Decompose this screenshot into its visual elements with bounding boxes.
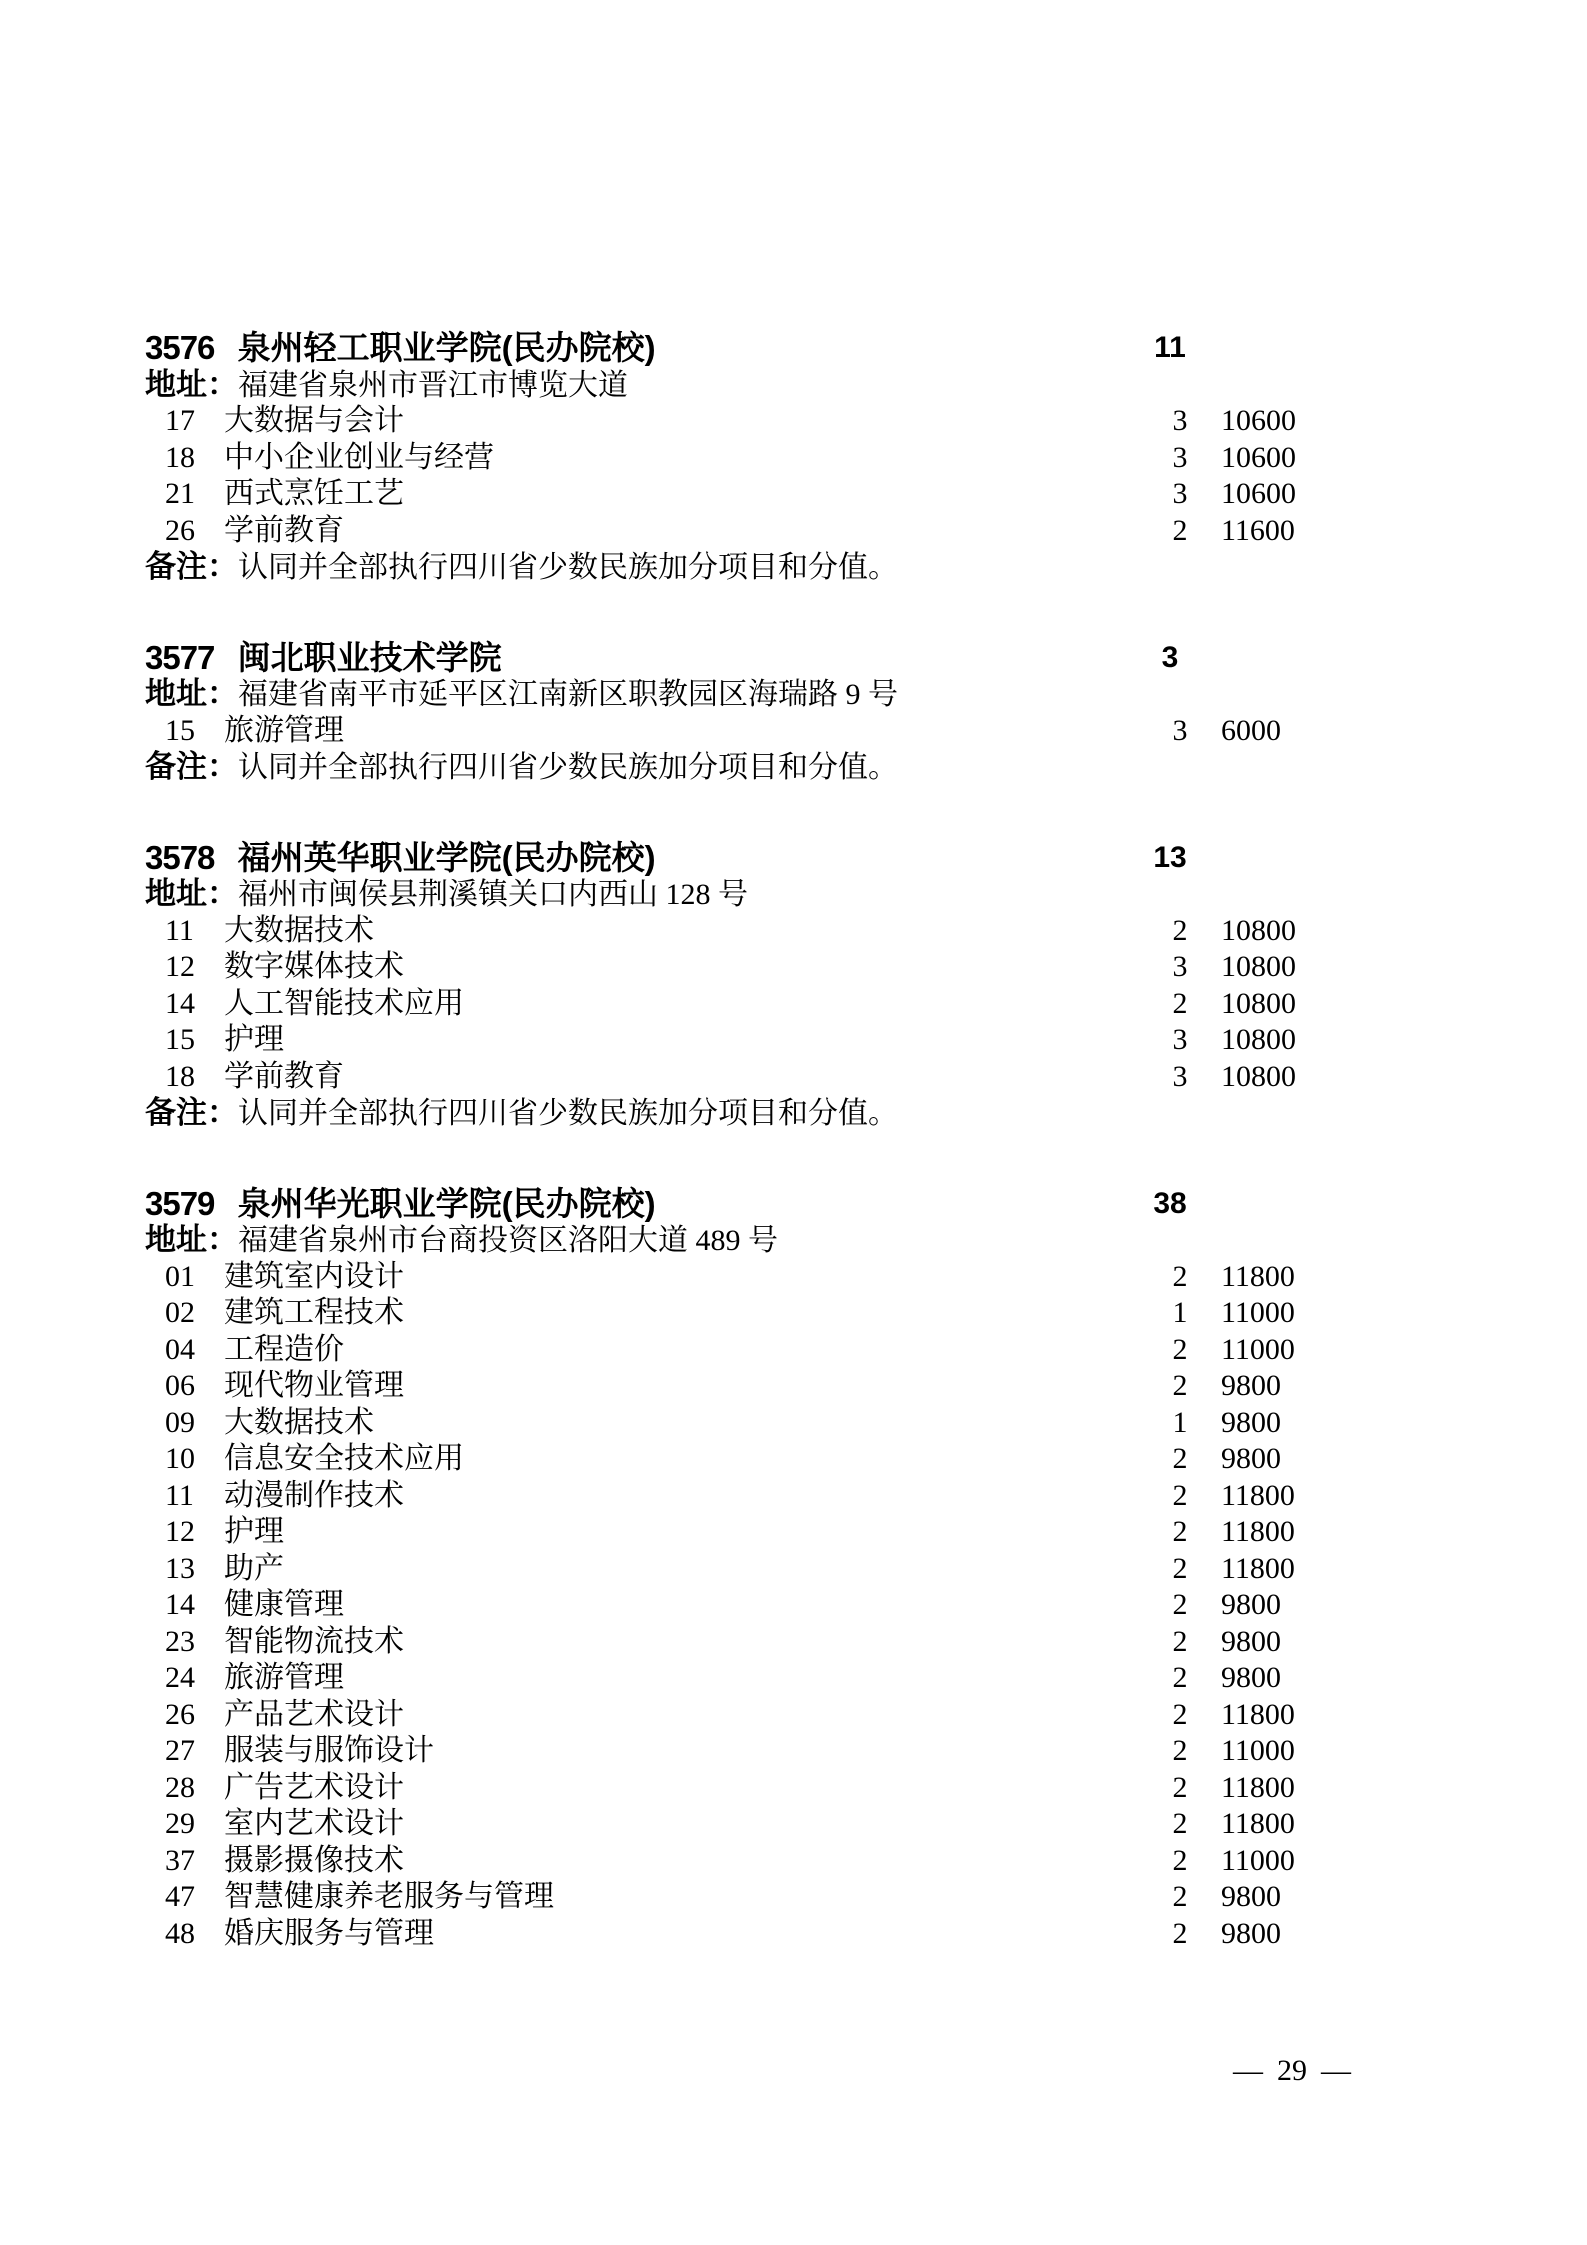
major-tuition: 10800 (1221, 1022, 1296, 1059)
major-tuition: 10800 (1221, 949, 1296, 986)
college-sections-list: 3576 泉州轻工职业学院(民办院校) 11 地址：福建省泉州市晋江市博览大道 … (145, 330, 1465, 1952)
college-section: 3578 福州英华职业学院(民办院校) 13 地址：福州市闽侯县荆溪镇关口内西山… (145, 840, 1465, 1132)
college-name: 闽北职业技术学院 (238, 639, 502, 676)
address-value: 福建省泉州市台商投资区洛阳大道 489 号 (238, 1224, 778, 1257)
note-label: 备注： (145, 1095, 238, 1130)
major-code: 11 (165, 1478, 196, 1515)
major-quota: 3 (1153, 949, 1207, 986)
college-header: 3577 闽北职业技术学院 3 (145, 640, 1465, 677)
major-code: 12 (165, 1514, 196, 1551)
major-code: 01 (165, 1259, 196, 1296)
major-name: 智能物流技术 (224, 1625, 404, 1658)
address-label: 地址： (145, 676, 238, 711)
major-quota: 2 (1153, 913, 1207, 950)
college-code: 3578 (145, 839, 214, 876)
major-row: 29室内艺术设计 2 11800 (145, 1806, 1465, 1843)
major-tuition: 9800 (1221, 1368, 1281, 1405)
major-row: 02建筑工程技术 1 11000 (145, 1295, 1465, 1332)
address-value: 福建省南平市延平区江南新区职教园区海瑞路 9 号 (238, 678, 898, 711)
note-value: 认同并全部执行四川省少数民族加分项目和分值。 (238, 1097, 898, 1130)
address-value: 福建省泉州市晋江市博览大道 (238, 369, 628, 402)
major-name: 助产 (224, 1552, 284, 1585)
major-code: 23 (165, 1624, 196, 1661)
major-quota: 3 (1153, 1022, 1207, 1059)
major-row: 11大数据技术 2 10800 (145, 913, 1465, 950)
address-label: 地址： (145, 1222, 238, 1257)
note-label: 备注： (145, 549, 238, 584)
address-line: 地址：福州市闽侯县荆溪镇关口内西山 128 号 (145, 876, 1465, 913)
major-tuition: 11000 (1221, 1843, 1295, 1880)
major-code: 18 (165, 1059, 196, 1096)
major-name: 大数据与会计 (224, 404, 404, 437)
major-tuition: 11000 (1221, 1733, 1295, 1770)
major-code: 14 (165, 986, 196, 1023)
major-row: 14健康管理 2 9800 (145, 1587, 1465, 1624)
address-label: 地址： (145, 876, 238, 911)
major-code: 24 (165, 1660, 196, 1697)
major-quota: 3 (1153, 403, 1207, 440)
major-quota: 3 (1153, 1059, 1207, 1096)
major-row: 37摄影摄像技术 2 11000 (145, 1843, 1465, 1880)
major-tuition: 10600 (1221, 403, 1296, 440)
college-code: 3579 (145, 1185, 214, 1222)
major-code: 26 (165, 513, 196, 550)
major-quota: 2 (1153, 1660, 1207, 1697)
college-section: 3577 闽北职业技术学院 3 地址：福建省南平市延平区江南新区职教园区海瑞路 … (145, 640, 1465, 786)
footer-dash-right: — (1321, 2054, 1351, 2087)
major-row: 01建筑室内设计 2 11800 (145, 1259, 1465, 1296)
major-tuition: 9800 (1221, 1624, 1281, 1661)
major-name: 智慧健康养老服务与管理 (224, 1880, 554, 1913)
major-name: 信息安全技术应用 (224, 1442, 464, 1475)
major-name: 中小企业创业与经营 (224, 441, 494, 474)
major-row: 10信息安全技术应用 2 9800 (145, 1441, 1465, 1478)
major-name: 动漫制作技术 (224, 1479, 404, 1512)
major-code: 48 (165, 1916, 196, 1953)
major-row: 06现代物业管理 2 9800 (145, 1368, 1465, 1405)
major-tuition: 11800 (1221, 1259, 1295, 1296)
major-tuition: 9800 (1221, 1916, 1281, 1953)
address-line: 地址：福建省南平市延平区江南新区职教园区海瑞路 9 号 (145, 676, 1465, 713)
major-tuition: 11000 (1221, 1295, 1295, 1332)
major-code: 18 (165, 440, 196, 477)
major-row: 28广告艺术设计 2 11800 (145, 1770, 1465, 1807)
major-code: 02 (165, 1295, 196, 1332)
major-code: 15 (165, 1022, 196, 1059)
major-tuition: 10800 (1221, 1059, 1296, 1096)
major-code: 14 (165, 1587, 196, 1624)
major-tuition: 11000 (1221, 1332, 1295, 1369)
major-tuition: 10600 (1221, 440, 1296, 477)
major-row: 48婚庆服务与管理 2 9800 (145, 1916, 1465, 1953)
major-row: 14人工智能技术应用 2 10800 (145, 986, 1465, 1023)
major-quota: 2 (1153, 1916, 1207, 1953)
major-code: 26 (165, 1697, 196, 1734)
note-line: 备注：认同并全部执行四川省少数民族加分项目和分值。 (145, 749, 1465, 786)
major-code: 12 (165, 949, 196, 986)
major-name: 婚庆服务与管理 (224, 1917, 434, 1950)
college-code: 3577 (145, 639, 214, 676)
major-quota: 2 (1153, 1441, 1207, 1478)
major-code: 37 (165, 1843, 196, 1880)
college-section: 3576 泉州轻工职业学院(民办院校) 11 地址：福建省泉州市晋江市博览大道 … (145, 330, 1465, 586)
major-quota: 2 (1153, 1551, 1207, 1588)
major-quota: 2 (1153, 1624, 1207, 1661)
major-tuition: 9800 (1221, 1587, 1281, 1624)
major-code: 15 (165, 713, 196, 750)
note-value: 认同并全部执行四川省少数民族加分项目和分值。 (238, 751, 898, 784)
major-row: 17大数据与会计 3 10600 (145, 403, 1465, 440)
major-tuition: 9800 (1221, 1405, 1281, 1442)
major-row: 21西式烹饪工艺 3 10600 (145, 476, 1465, 513)
major-name: 护理 (224, 1023, 284, 1056)
page-footer: —29— (1233, 2052, 1351, 2090)
major-code: 13 (165, 1551, 196, 1588)
college-name: 福州英华职业学院(民办院校) (238, 839, 656, 876)
major-name: 大数据技术 (224, 1406, 374, 1439)
major-row: 15护理 3 10800 (145, 1022, 1465, 1059)
major-tuition: 11800 (1221, 1551, 1295, 1588)
major-quota: 2 (1153, 986, 1207, 1023)
major-tuition: 10800 (1221, 986, 1296, 1023)
major-name: 室内艺术设计 (224, 1807, 404, 1840)
major-tuition: 11600 (1221, 513, 1295, 550)
major-quota: 2 (1153, 513, 1207, 550)
major-name: 服装与服饰设计 (224, 1734, 434, 1767)
major-row: 04工程造价 2 11000 (145, 1332, 1465, 1369)
major-code: 09 (165, 1405, 196, 1442)
major-name: 摄影摄像技术 (224, 1844, 404, 1877)
major-name: 学前教育 (224, 514, 344, 547)
note-value: 认同并全部执行四川省少数民族加分项目和分值。 (238, 551, 898, 584)
college-header: 3576 泉州轻工职业学院(民办院校) 11 (145, 330, 1465, 367)
major-name: 人工智能技术应用 (224, 987, 464, 1020)
major-quota: 2 (1153, 1770, 1207, 1807)
major-code: 10 (165, 1441, 196, 1478)
major-row: 13助产 2 11800 (145, 1551, 1465, 1588)
note-line: 备注：认同并全部执行四川省少数民族加分项目和分值。 (145, 1095, 1465, 1132)
major-quota: 2 (1153, 1697, 1207, 1734)
major-name: 旅游管理 (224, 714, 344, 747)
major-row: 18学前教育 3 10800 (145, 1059, 1465, 1096)
college-total-quota: 3 (1130, 640, 1210, 677)
major-row: 12护理 2 11800 (145, 1514, 1465, 1551)
college-code: 3576 (145, 329, 214, 366)
college-total-quota: 13 (1130, 840, 1210, 877)
major-code: 28 (165, 1770, 196, 1807)
major-row: 18中小企业创业与经营 3 10600 (145, 440, 1465, 477)
major-code: 04 (165, 1332, 196, 1369)
major-name: 西式烹饪工艺 (224, 477, 404, 510)
major-name: 健康管理 (224, 1588, 344, 1621)
major-quota: 1 (1153, 1295, 1207, 1332)
major-row: 26产品艺术设计 2 11800 (145, 1697, 1465, 1734)
major-name: 护理 (224, 1515, 284, 1548)
major-quota: 3 (1153, 713, 1207, 750)
major-code: 11 (165, 913, 196, 950)
address-value: 福州市闽侯县荆溪镇关口内西山 128 号 (238, 878, 748, 911)
major-row: 11动漫制作技术 2 11800 (145, 1478, 1465, 1515)
footer-dash-left: — (1233, 2054, 1263, 2087)
major-row: 26学前教育 2 11600 (145, 513, 1465, 550)
major-quota: 2 (1153, 1514, 1207, 1551)
major-code: 17 (165, 403, 196, 440)
major-tuition: 11800 (1221, 1514, 1295, 1551)
major-quota: 2 (1153, 1733, 1207, 1770)
major-quota: 2 (1153, 1368, 1207, 1405)
document-page: 3576 泉州轻工职业学院(民办院校) 11 地址：福建省泉州市晋江市博览大道 … (0, 0, 1587, 2245)
page-number: 29 (1277, 2054, 1307, 2087)
college-name: 泉州华光职业学院(民办院校) (238, 1185, 656, 1222)
major-row: 15旅游管理 3 6000 (145, 713, 1465, 750)
major-name: 建筑工程技术 (224, 1296, 404, 1329)
major-quota: 2 (1153, 1879, 1207, 1916)
major-quota: 2 (1153, 1587, 1207, 1624)
major-name: 工程造价 (224, 1333, 344, 1366)
note-label: 备注： (145, 749, 238, 784)
major-tuition: 9800 (1221, 1660, 1281, 1697)
major-code: 29 (165, 1806, 196, 1843)
major-quota: 2 (1153, 1843, 1207, 1880)
major-row: 47智慧健康养老服务与管理 2 9800 (145, 1879, 1465, 1916)
major-quota: 2 (1153, 1332, 1207, 1369)
major-code: 21 (165, 476, 196, 513)
major-quota: 3 (1153, 476, 1207, 513)
major-name: 广告艺术设计 (224, 1771, 404, 1804)
address-line: 地址：福建省泉州市晋江市博览大道 (145, 367, 1465, 404)
major-tuition: 9800 (1221, 1879, 1281, 1916)
note-line: 备注：认同并全部执行四川省少数民族加分项目和分值。 (145, 549, 1465, 586)
major-row: 23智能物流技术 2 9800 (145, 1624, 1465, 1661)
major-code: 27 (165, 1733, 196, 1770)
major-tuition: 11800 (1221, 1806, 1295, 1843)
college-total-quota: 11 (1130, 330, 1210, 367)
major-quota: 2 (1153, 1806, 1207, 1843)
major-name: 现代物业管理 (224, 1369, 404, 1402)
major-tuition: 11800 (1221, 1770, 1295, 1807)
college-name: 泉州轻工职业学院(民办院校) (238, 329, 656, 366)
major-row: 12数字媒体技术 3 10800 (145, 949, 1465, 986)
major-row: 24旅游管理 2 9800 (145, 1660, 1465, 1697)
major-quota: 2 (1153, 1478, 1207, 1515)
college-header: 3579 泉州华光职业学院(民办院校) 38 (145, 1186, 1465, 1223)
college-total-quota: 38 (1130, 1186, 1210, 1223)
college-section: 3579 泉州华光职业学院(民办院校) 38 地址：福建省泉州市台商投资区洛阳大… (145, 1186, 1465, 1953)
major-quota: 2 (1153, 1259, 1207, 1296)
address-line: 地址：福建省泉州市台商投资区洛阳大道 489 号 (145, 1222, 1465, 1259)
major-code: 47 (165, 1879, 196, 1916)
major-name: 大数据技术 (224, 914, 374, 947)
major-tuition: 11800 (1221, 1697, 1295, 1734)
major-name: 旅游管理 (224, 1661, 344, 1694)
major-tuition: 10600 (1221, 476, 1296, 513)
major-name: 学前教育 (224, 1060, 344, 1093)
major-name: 数字媒体技术 (224, 950, 404, 983)
major-quota: 3 (1153, 440, 1207, 477)
major-tuition: 9800 (1221, 1441, 1281, 1478)
college-header: 3578 福州英华职业学院(民办院校) 13 (145, 840, 1465, 877)
major-code: 06 (165, 1368, 196, 1405)
major-tuition: 6000 (1221, 713, 1281, 750)
major-name: 产品艺术设计 (224, 1698, 404, 1731)
major-name: 建筑室内设计 (224, 1260, 404, 1293)
major-quota: 1 (1153, 1405, 1207, 1442)
major-tuition: 11800 (1221, 1478, 1295, 1515)
major-row: 09大数据技术 1 9800 (145, 1405, 1465, 1442)
major-row: 27服装与服饰设计 2 11000 (145, 1733, 1465, 1770)
major-tuition: 10800 (1221, 913, 1296, 950)
address-label: 地址： (145, 367, 238, 402)
